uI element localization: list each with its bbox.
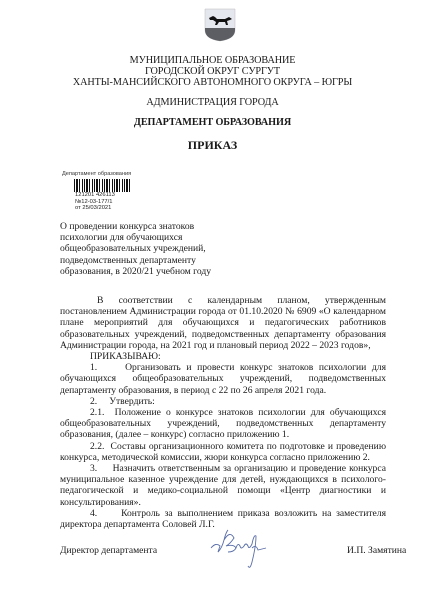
registration-date: от 25/03/2021 [75,205,152,212]
handwritten-signature [208,522,268,576]
signer-name: И.П. Замятина [347,545,406,556]
barcode [74,179,132,192]
preamble-paragraph: В соответствии с календарным планом, утв… [60,295,386,351]
subject-line: общеобразовательных учреждений, [60,243,260,254]
signer-position: Директор департамента [60,545,157,556]
department-title: ДЕПАРТАМЕНТ ОБРАЗОВАНИЯ [0,117,425,128]
subject-line: психологии для обучающихся [60,232,260,243]
registration-stamp: Департамент образования 121201 426113 №1… [62,171,152,212]
coat-of-arms-emblem [203,8,237,42]
order-subject: О проведении конкурса знатоков психологи… [60,221,260,277]
order-item-2-2: 2.2. Составы организационного комитета п… [60,441,386,463]
administration-title: АДМИНИСТРАЦИЯ ГОРОДА [0,97,425,108]
municipality-line-1: МУНИЦИПАЛЬНОЕ ОБРАЗОВАНИЕ [0,55,425,66]
subject-line: образования, в 2020/21 учебном году [60,266,260,277]
order-body: В соответствии с календарным планом, утв… [60,295,386,530]
order-word: ПРИКАЗЫВАЮ: [60,351,386,362]
municipality-line-2: ГОРОДСКОЙ ОКРУГ СУРГУТ [0,66,425,77]
order-item-2-1: 2.1. Положение о конкурсе знатоков психо… [60,407,386,441]
subject-line: подведомственных департаменту [60,255,260,266]
order-item-3: 3. Назначить ответственным за организаци… [60,463,386,508]
registration-number: №12-03-177/1 [75,199,152,206]
document-type-title: ПРИКАЗ [0,138,425,153]
municipality-line-3: ХАНТЫ-МАНСИЙСКОГО АВТОНОМНОГО ОКРУГА – Ю… [0,77,425,88]
subject-line: О проведении конкурса знатоков [60,221,260,232]
barcode-number: 121201 426113 [75,192,152,199]
order-item-1: 1. Организовать и провести конкурс знато… [60,362,386,396]
stamp-department-label: Департамент образования [62,171,152,178]
order-item-2: 2. Утвердить: [60,396,386,407]
